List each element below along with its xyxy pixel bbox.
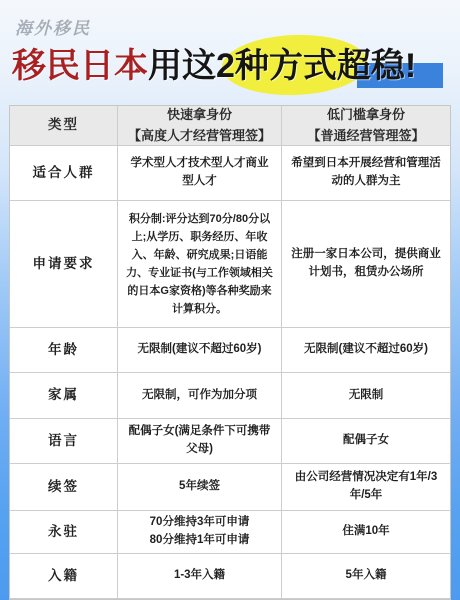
comparison-table: 类型 快速拿身份 【高度人才经营管理签】 低门槛拿身份 【普通经营管理签】 适合… (9, 105, 451, 600)
row-family-fast: 无限制，可作为加分项 (118, 373, 282, 419)
main-title: 移民日本用这2种方式超稳! (12, 44, 416, 88)
header-low-threshold-route: 低门槛拿身份 【普通经营管理签】 (282, 106, 450, 146)
title-black-text: 用这 (148, 47, 216, 85)
row-family-label: 家属 (10, 373, 118, 419)
row-permanent-residency-low: 住满10年 (282, 511, 450, 554)
header-type: 类型 (10, 106, 118, 146)
row-family-low: 无限制 (282, 373, 450, 419)
title-yellow-highlighted-text: 2种方式 (216, 47, 337, 85)
row-renewal-low: 由公司经营情况决定有1年/3年/5年 (282, 464, 450, 511)
row-requirements-fast: 积分制:评分达到70分/80分以上;从学历、职务经历、年收入、年龄、研究成果;日… (118, 201, 282, 328)
row-age-low: 无限制(建议不超过60岁) (282, 328, 450, 373)
row-naturalization-low: 5年入籍 (282, 554, 450, 599)
row-requirements-label: 申请要求 (10, 201, 118, 328)
row-language-low: 配偶子女 (282, 419, 450, 464)
row-requirements-low: 注册一家日本公司，提供商业计划书，租赁办公场所 (282, 201, 450, 328)
row-suitable-low: 希望到日本开展经营和管理活动的人群为主 (282, 146, 450, 201)
row-renewal-label: 续签 (10, 464, 118, 511)
row-age-label: 年龄 (10, 328, 118, 373)
row-renewal-fast: 5年续签 (118, 464, 282, 511)
row-permanent-residency-label: 永驻 (10, 511, 118, 554)
title-blue-highlighted-text: 超稳! (337, 47, 416, 85)
row-language-fast: 配偶子女(满足条件下可携带父母) (118, 419, 282, 464)
row-naturalization-fast: 1-3年入籍 (118, 554, 282, 599)
title-red-text: 移民日本 (12, 47, 148, 85)
row-suitable-label: 适合人群 (10, 146, 118, 201)
row-suitable-fast: 学术型人才技术型人才商业型人才 (118, 146, 282, 201)
header-fast-route: 快速拿身份 【高度人才经营管理签】 (118, 106, 282, 146)
row-language-label: 语言 (10, 419, 118, 464)
brand-watermark: 海外移民 (15, 14, 91, 39)
row-naturalization-label: 入籍 (10, 554, 118, 599)
row-age-fast: 无限制(建议不超过60岁) (118, 328, 282, 373)
infographic-canvas: 海外移民 移民日本用这2种方式超稳! 类型 快速拿身份 【高度人才经营管理签】 … (0, 0, 460, 600)
row-permanent-residency-fast: 70分维持3年可申请 80分维持1年可申请 (118, 511, 282, 554)
